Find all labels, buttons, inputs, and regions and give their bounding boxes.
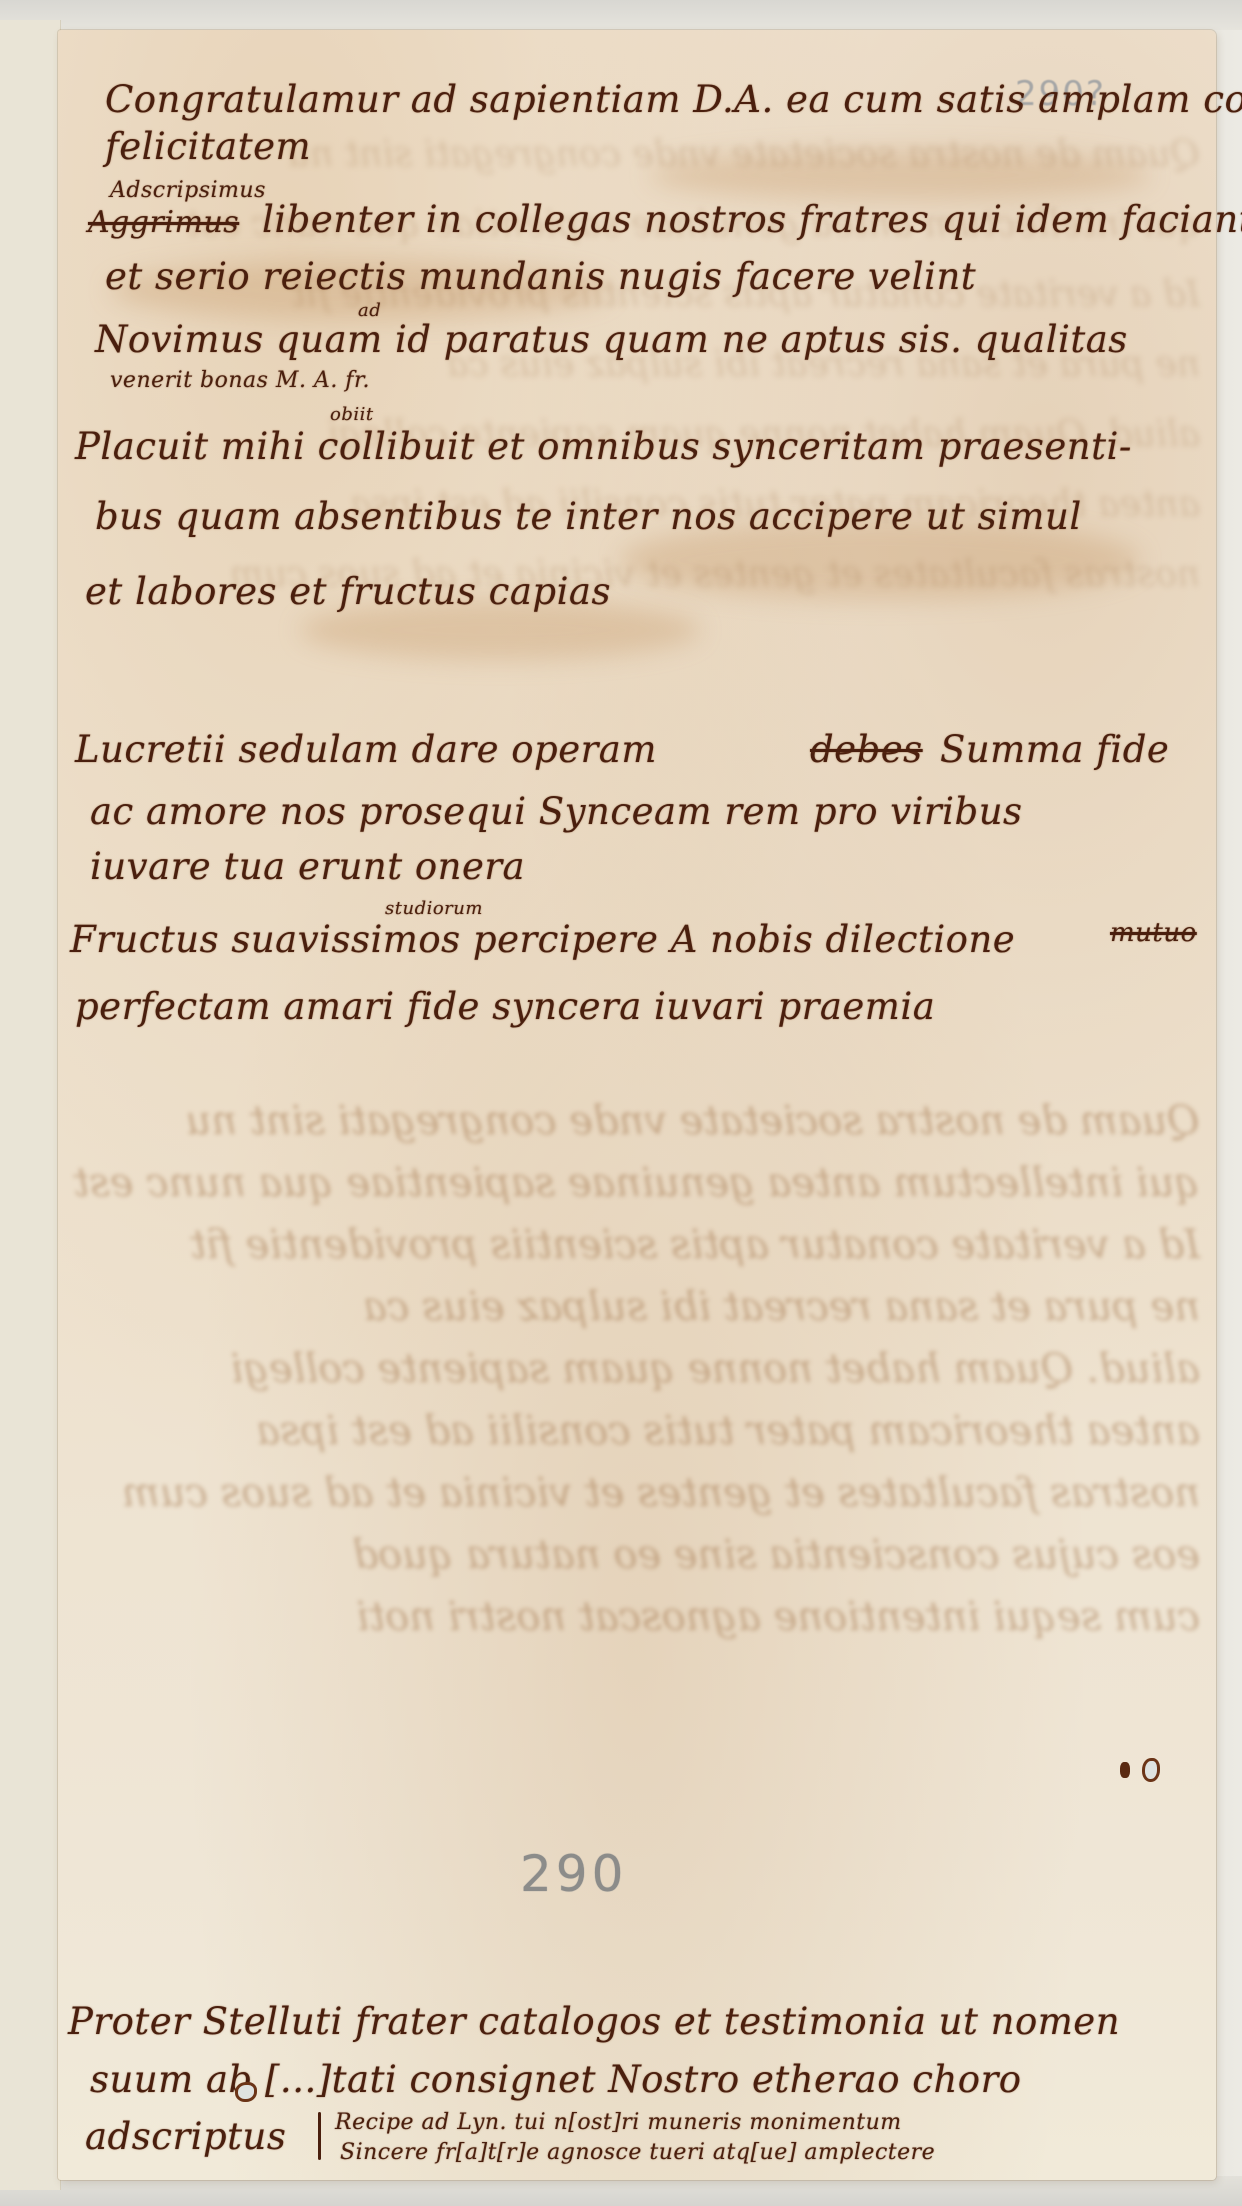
manuscript-line: iuvare tua erunt onera — [90, 845, 525, 888]
manuscript-line: suum ab [...]tati consignet Nostro ether… — [90, 2058, 1022, 2101]
paper-hole — [1142, 1758, 1160, 1782]
manuscript-line: et labores et fructus capias — [85, 570, 611, 613]
manuscript-line: Proter Stelluti frater catalogos et test… — [68, 2000, 1120, 2043]
struck-word: Aggrimus — [88, 205, 239, 240]
folio-number-pencil: 290 — [520, 1845, 627, 1903]
bracket-mark — [318, 2112, 321, 2160]
manuscript-line: ac amore nos prosequi Synceam rem pro vi… — [90, 790, 1023, 833]
manuscript-line: Lucretii sedulam dare operam — [75, 728, 657, 771]
manuscript-line: Summa fide — [940, 728, 1169, 771]
mount-top-edge — [0, 0, 1242, 30]
manuscript-line: venerit bonas M. A. fr. — [110, 368, 370, 393]
manuscript-line: et serio reiectis mundanis nugis facere … — [105, 255, 976, 298]
bracketed-line: Recipe ad Lyn. tui n[ost]ri muneris moni… — [335, 2110, 902, 2135]
mount-bottom-edge — [0, 2176, 1242, 2206]
manuscript-line: felicitatem — [105, 125, 311, 168]
manuscript-line: perfectam amari fide syncera iuvari prae… — [75, 985, 935, 1028]
manuscript-line: adscriptus — [85, 2115, 286, 2158]
manuscript-line: Novimus quam id paratus quam ne aptus si… — [95, 318, 1128, 361]
manuscript-line: Placuit mihi collibuit et omnibus syncer… — [75, 425, 1132, 468]
manuscript-line: Congratulamur ad sapientiam D.A. ea cum … — [105, 78, 1242, 121]
binding-guard-strip — [0, 20, 61, 2190]
manuscript-line: bus quam absentibus te inter nos acciper… — [95, 495, 1082, 538]
manuscript-line: Fructus suavissimos percipere A nobis di… — [70, 918, 1015, 961]
bleed-through-lower: Quam de nostra societate vnde congregati… — [70, 1090, 1200, 1648]
interlinear-insertion: Adscripsimus — [110, 178, 266, 203]
struck-word: debes — [810, 728, 923, 771]
ink-blot — [1120, 1762, 1130, 1778]
manuscript-line: libenter in collegas nostros fratres qui… — [262, 198, 1242, 241]
paper-hole — [235, 2082, 257, 2102]
bracketed-line: Sincere fr[a]t[r]e agnosce tueri atq[ue]… — [340, 2140, 935, 2165]
interlinear-insertion: studiorum — [385, 898, 483, 919]
struck-word: mutuo — [1110, 918, 1197, 948]
interlinear-insertion: obiit — [330, 404, 374, 425]
